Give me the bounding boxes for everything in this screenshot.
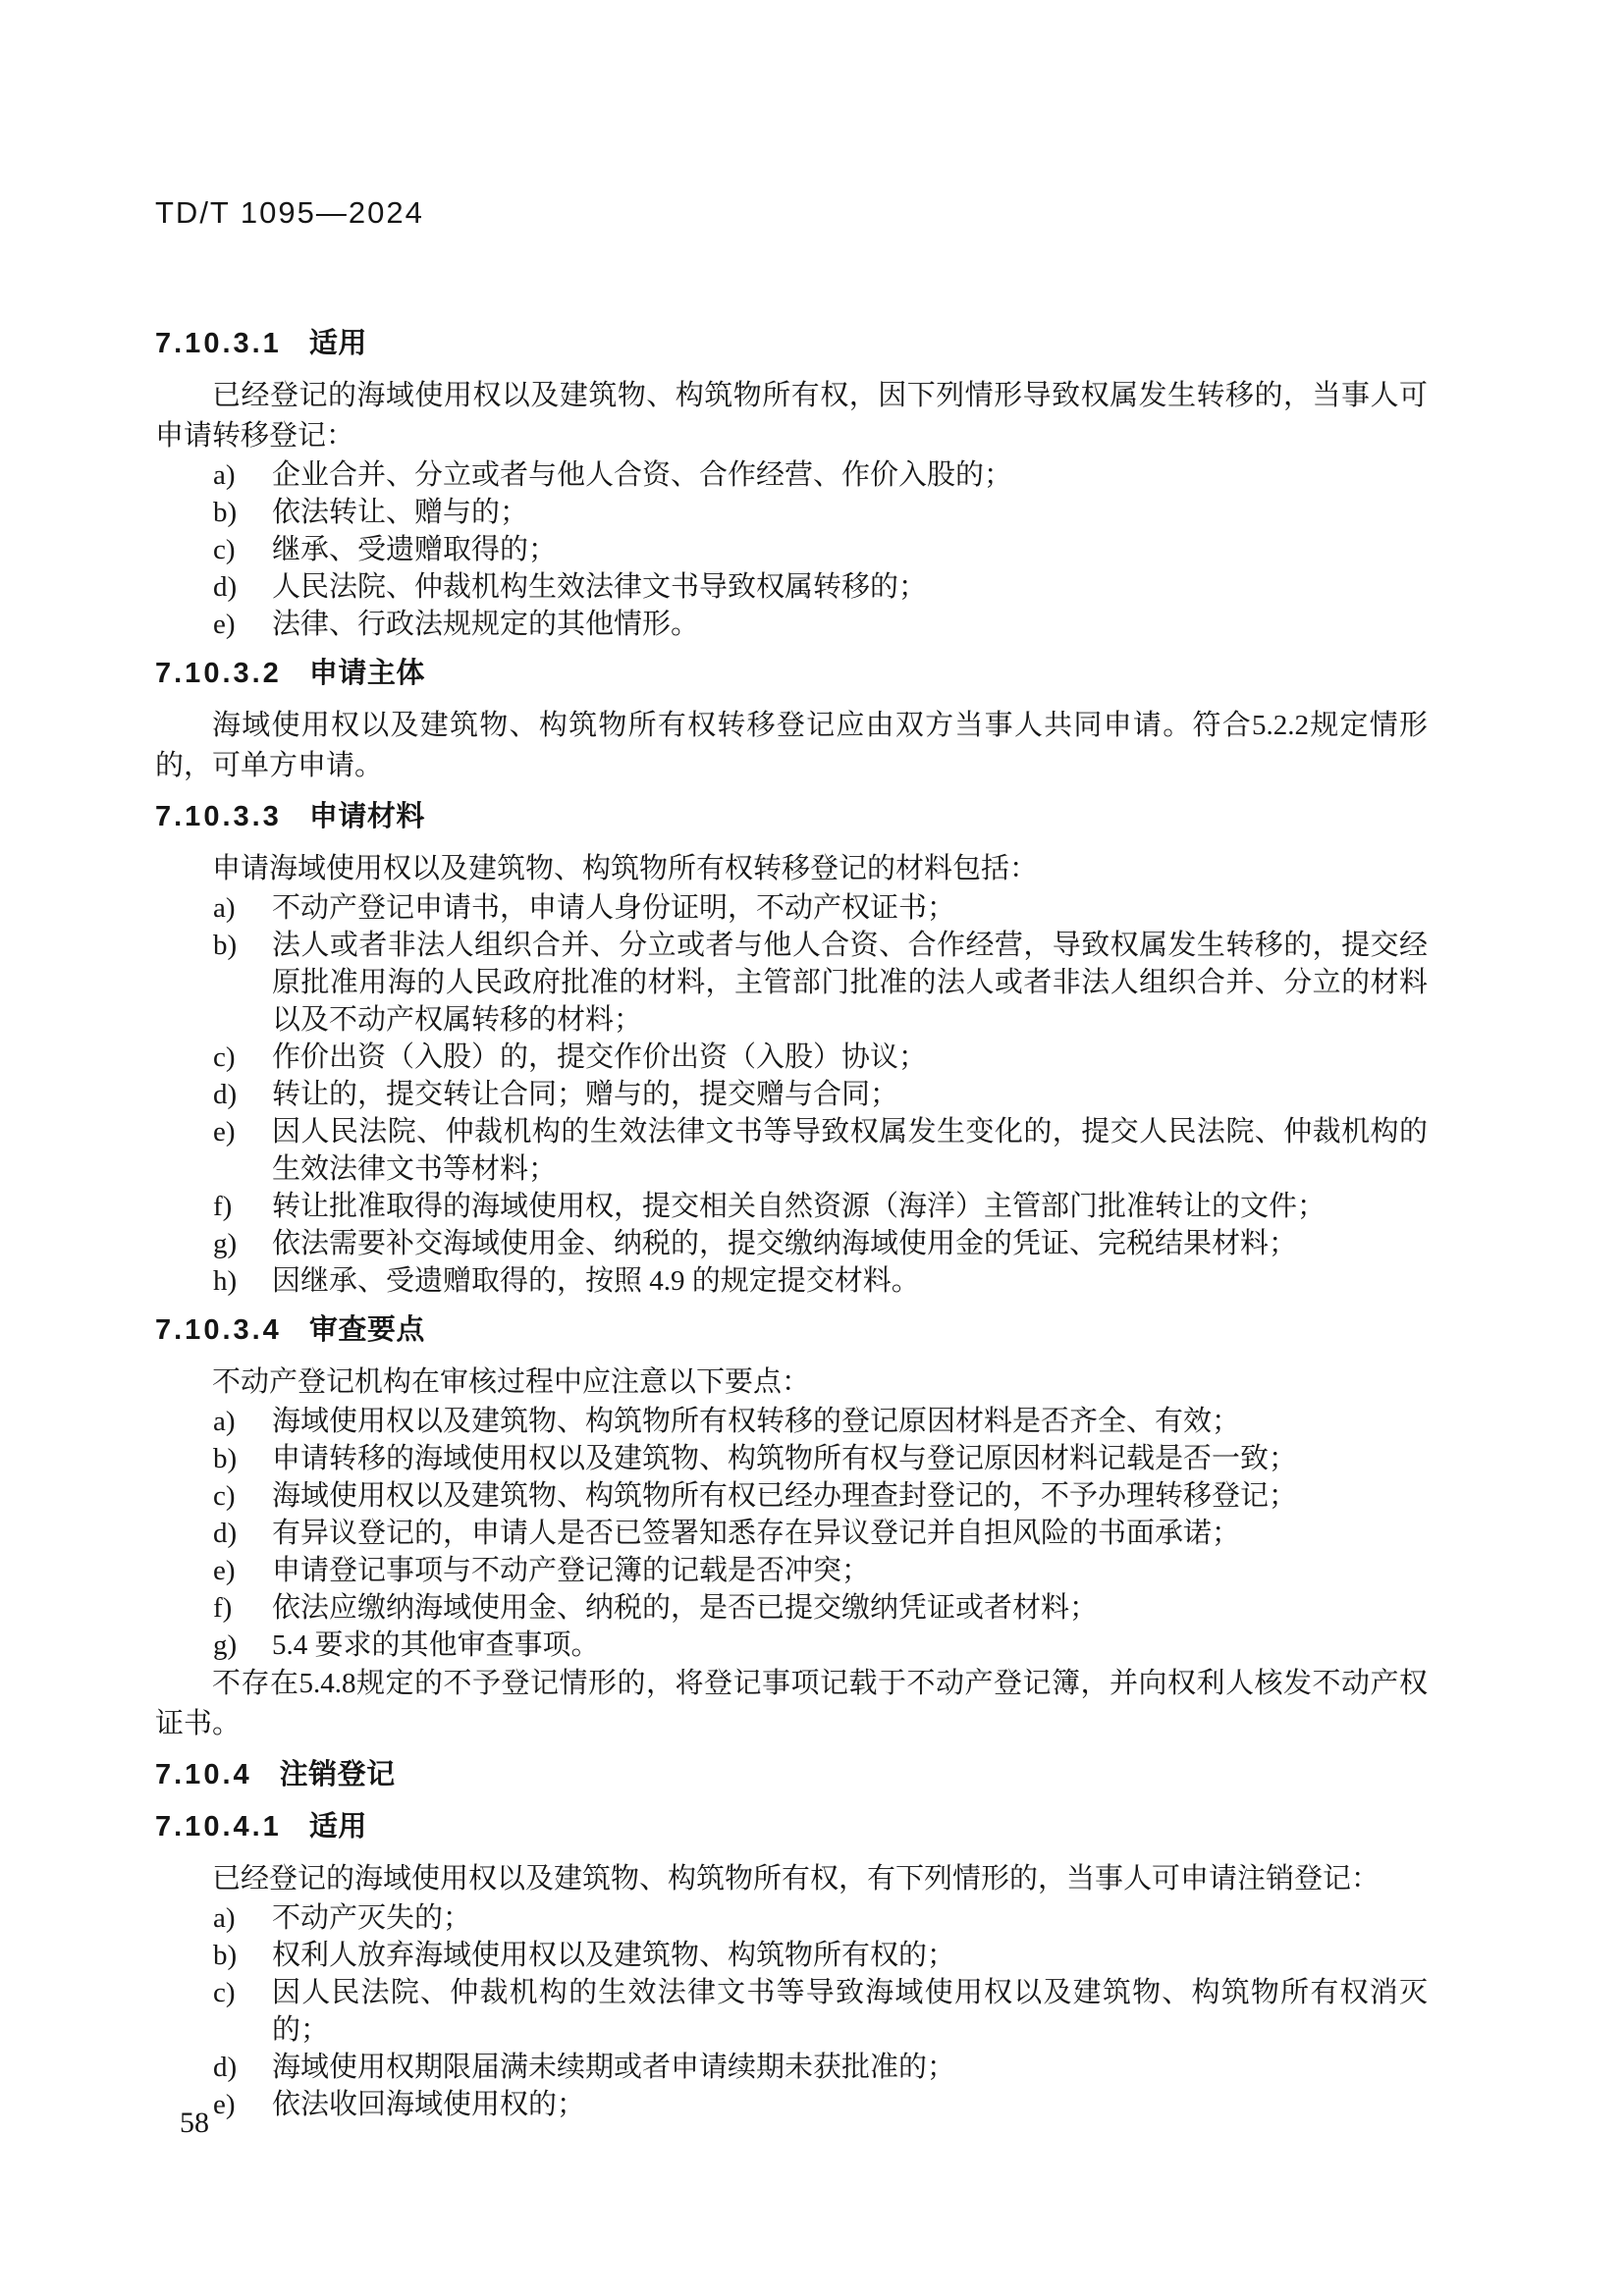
section-heading: 7.10.4注销登记: [155, 1755, 1428, 1795]
list-item-text: 依法应缴纳海域使用金、纳税的，是否已提交缴纳凭证或者材料；: [272, 1589, 1428, 1627]
list-item: g)依法需要补交海域使用金、纳税的，提交缴纳海域使用金的凭证、完税结果材料；: [155, 1225, 1428, 1262]
list-item-text: 转让的，提交转让合同；赠与的，提交赠与合同；: [272, 1076, 1428, 1113]
section-number: 7.10.3.2: [155, 658, 282, 689]
list-item-text: 海域使用权以及建筑物、构筑物所有权转移的登记原因材料是否齐全、有效；: [272, 1403, 1428, 1440]
section-heading: 7.10.3.1适用: [155, 324, 1428, 364]
list-item-label: e): [213, 2086, 272, 2123]
list-item-label: b): [213, 1937, 272, 1974]
list-item: a)不动产登记申请书，申请人身份证明，不动产权证书；: [155, 889, 1428, 927]
list-item-label: g): [213, 1225, 272, 1262]
list-item-label: c): [213, 531, 272, 568]
list-item: e)因人民法院、仲裁机构的生效法律文书等导致权属发生变化的，提交人民法院、仲裁机…: [155, 1113, 1428, 1188]
list-item-label: d): [213, 1076, 272, 1113]
list-item-text: 法律、行政法规规定的其他情形。: [272, 606, 1428, 643]
list-item-text: 法人或者非法人组织合并、分立或者与他人合资、合作经营，导致权属发生转移的，提交经…: [272, 927, 1428, 1039]
list-item-text: 依法需要补交海域使用金、纳税的，提交缴纳海域使用金的凭证、完税结果材料；: [272, 1225, 1428, 1262]
list-item-text: 权利人放弃海域使用权以及建筑物、构筑物所有权的；: [272, 1937, 1428, 1974]
list-item-text: 企业合并、分立或者与他人合资、合作经营、作价入股的；: [272, 456, 1428, 494]
list-item-text: 不动产灭失的；: [272, 1899, 1428, 1937]
list-item: g)5.4 要求的其他审查事项。: [155, 1627, 1428, 1664]
section-title: 适用: [309, 1811, 367, 1842]
section-number: 7.10.3.1: [155, 328, 282, 359]
list-item-label: e): [213, 606, 272, 643]
section-title: 适用: [309, 328, 367, 359]
list-item-text: 不动产登记申请书，申请人身份证明，不动产权证书；: [272, 889, 1428, 927]
list-item: c)因人民法院、仲裁机构的生效法律文书等导致海域使用权以及建筑物、构筑物所有权消…: [155, 1974, 1428, 2049]
paragraph: 海域使用权以及建筑物、构筑物所有权转移登记应由双方当事人共同申请。符合5.2.2…: [155, 706, 1428, 786]
paragraph: 已经登记的海域使用权以及建筑物、构筑物所有权，有下列情形的，当事人可申请注销登记…: [155, 1859, 1428, 1899]
section-number: 7.10.4: [155, 1759, 252, 1790]
list-item-label: c): [213, 1039, 272, 1076]
list-item-text: 有异议登记的，申请人是否已签署知悉存在异议登记并自担风险的书面承诺；: [272, 1515, 1428, 1552]
list-item-text: 因继承、受遗赠取得的，按照 4.9 的规定提交材料。: [272, 1262, 1428, 1300]
list-item-label: b): [213, 494, 272, 531]
paragraph: 不存在5.4.8规定的不予登记情形的，将登记事项记载于不动产登记簿，并向权利人核…: [155, 1664, 1428, 1744]
list-item-label: f): [213, 1188, 272, 1225]
list-item: f)转让批准取得的海域使用权，提交相关自然资源（海洋）主管部门批准转让的文件；: [155, 1188, 1428, 1225]
list-item-label: a): [213, 1403, 272, 1440]
list-item-label: d): [213, 2049, 272, 2086]
section-title: 审查要点: [309, 1314, 425, 1346]
section-title: 申请主体: [309, 658, 425, 689]
paragraph: 已经登记的海域使用权以及建筑物、构筑物所有权，因下列情形导致权属发生转移的，当事…: [155, 376, 1428, 456]
list-item-text: 申请登记事项与不动产登记簿的记载是否冲突；: [272, 1552, 1428, 1589]
section: 7.10.4注销登记: [155, 1755, 1428, 1795]
list-item-text: 依法收回海域使用权的；: [272, 2086, 1428, 2123]
list-item-text: 依法转让、赠与的；: [272, 494, 1428, 531]
list-item-text: 人民法院、仲裁机构生效法律文书导致权属转移的；: [272, 568, 1428, 606]
section-heading: 7.10.4.1适用: [155, 1807, 1428, 1847]
list-item-text: 因人民法院、仲裁机构的生效法律文书等导致权属发生变化的，提交人民法院、仲裁机构的…: [272, 1113, 1428, 1188]
list-item: b)申请转移的海域使用权以及建筑物、构筑物所有权与登记原因材料记载是否一致；: [155, 1440, 1428, 1477]
section-number: 7.10.3.3: [155, 801, 282, 832]
list-item-text: 申请转移的海域使用权以及建筑物、构筑物所有权与登记原因材料记载是否一致；: [272, 1440, 1428, 1477]
list-item: b)依法转让、赠与的；: [155, 494, 1428, 531]
section-number: 7.10.3.4: [155, 1314, 282, 1346]
list-item: e)法律、行政法规规定的其他情形。: [155, 606, 1428, 643]
list-item-label: a): [213, 889, 272, 927]
list-item-text: 作价出资（入股）的，提交作价出资（入股）协议；: [272, 1039, 1428, 1076]
list-item-label: e): [213, 1552, 272, 1589]
list-item: d)有异议登记的，申请人是否已签署知悉存在异议登记并自担风险的书面承诺；: [155, 1515, 1428, 1552]
list-item-label: f): [213, 1589, 272, 1627]
list-item-label: d): [213, 568, 272, 606]
section-title: 申请材料: [309, 801, 425, 832]
section: 7.10.3.2申请主体海域使用权以及建筑物、构筑物所有权转移登记应由双方当事人…: [155, 654, 1428, 786]
list-item-label: b): [213, 927, 272, 1039]
list-item: c)海域使用权以及建筑物、构筑物所有权已经办理查封登记的，不予办理转移登记；: [155, 1477, 1428, 1515]
section: 7.10.3.3申请材料申请海域使用权以及建筑物、构筑物所有权转移登记的材料包括…: [155, 797, 1428, 1300]
list-item-text: 转让批准取得的海域使用权，提交相关自然资源（海洋）主管部门批准转让的文件；: [272, 1188, 1428, 1225]
list-item-label: d): [213, 1515, 272, 1552]
list-item: b)权利人放弃海域使用权以及建筑物、构筑物所有权的；: [155, 1937, 1428, 1974]
list-item: e)申请登记事项与不动产登记簿的记载是否冲突；: [155, 1552, 1428, 1589]
section-heading: 7.10.3.4审查要点: [155, 1310, 1428, 1351]
list-item-text: 海域使用权以及建筑物、构筑物所有权已经办理查封登记的，不予办理转移登记；: [272, 1477, 1428, 1515]
section: 7.10.4.1适用已经登记的海域使用权以及建筑物、构筑物所有权，有下列情形的，…: [155, 1807, 1428, 2123]
standard-number: TD/T 1095—2024: [155, 196, 424, 230]
list-item-text: 继承、受遗赠取得的；: [272, 531, 1428, 568]
section-heading: 7.10.3.2申请主体: [155, 654, 1428, 694]
list-item: a)不动产灭失的；: [155, 1899, 1428, 1937]
list-item-text: 5.4 要求的其他审查事项。: [272, 1627, 1428, 1664]
section: 7.10.3.1适用已经登记的海域使用权以及建筑物、构筑物所有权，因下列情形导致…: [155, 324, 1428, 643]
section-heading: 7.10.3.3申请材料: [155, 797, 1428, 837]
list-item: a)企业合并、分立或者与他人合资、合作经营、作价入股的；: [155, 456, 1428, 494]
list-item: b)法人或者非法人组织合并、分立或者与他人合资、合作经营，导致权属发生转移的，提…: [155, 927, 1428, 1039]
list-item: c)作价出资（入股）的，提交作价出资（入股）协议；: [155, 1039, 1428, 1076]
section-title: 注销登记: [280, 1759, 396, 1790]
document-body: 7.10.3.1适用已经登记的海域使用权以及建筑物、构筑物所有权，因下列情形导致…: [155, 324, 1428, 2123]
list-item-label: h): [213, 1262, 272, 1300]
list-item-label: c): [213, 1477, 272, 1515]
paragraph: 申请海域使用权以及建筑物、构筑物所有权转移登记的材料包括：: [155, 849, 1428, 889]
section: 7.10.3.4审查要点不动产登记机构在审核过程中应注意以下要点：a)海域使用权…: [155, 1310, 1428, 1744]
list-item: d)人民法院、仲裁机构生效法律文书导致权属转移的；: [155, 568, 1428, 606]
list-item-text: 海域使用权期限届满未续期或者申请续期未获批准的；: [272, 2049, 1428, 2086]
list-item-label: a): [213, 456, 272, 494]
document-page: TD/T 1095—2024 7.10.3.1适用已经登记的海域使用权以及建筑物…: [0, 0, 1624, 2296]
list-item: a)海域使用权以及建筑物、构筑物所有权转移的登记原因材料是否齐全、有效；: [155, 1403, 1428, 1440]
list-item: d)转让的，提交转让合同；赠与的，提交赠与合同；: [155, 1076, 1428, 1113]
list-item: d)海域使用权期限届满未续期或者申请续期未获批准的；: [155, 2049, 1428, 2086]
list-item: c)继承、受遗赠取得的；: [155, 531, 1428, 568]
section-number: 7.10.4.1: [155, 1811, 282, 1842]
list-item: e)依法收回海域使用权的；: [155, 2086, 1428, 2123]
list-item: h)因继承、受遗赠取得的，按照 4.9 的规定提交材料。: [155, 1262, 1428, 1300]
list-item-text: 因人民法院、仲裁机构的生效法律文书等导致海域使用权以及建筑物、构筑物所有权消灭的…: [272, 1974, 1428, 2049]
list-item: f)依法应缴纳海域使用金、纳税的，是否已提交缴纳凭证或者材料；: [155, 1589, 1428, 1627]
list-item-label: e): [213, 1113, 272, 1188]
list-item-label: b): [213, 1440, 272, 1477]
list-item-label: g): [213, 1627, 272, 1664]
page-number: 58: [180, 2107, 209, 2140]
paragraph: 不动产登记机构在审核过程中应注意以下要点：: [155, 1362, 1428, 1403]
list-item-label: a): [213, 1899, 272, 1937]
list-item-label: c): [213, 1974, 272, 2049]
